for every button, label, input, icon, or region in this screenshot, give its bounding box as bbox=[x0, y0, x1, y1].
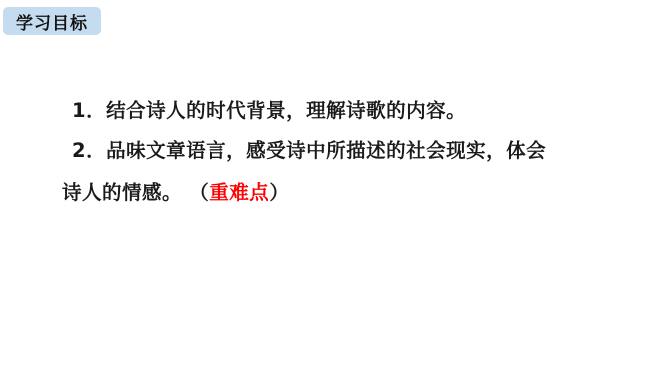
objective-2-continued: 诗人的情感。 （重难点） bbox=[62, 177, 289, 205]
closing-paren: ） bbox=[269, 181, 289, 204]
objective-2: 2．品味文章语言，感受诗中所描述的社会现实，体会 bbox=[72, 135, 546, 163]
section-label-text: 学习目标 bbox=[16, 9, 88, 34]
objective-1: 1．结合诗人的时代背景，理解诗歌的内容。 bbox=[72, 95, 466, 123]
key-difficulty-badge: 重难点 bbox=[209, 181, 269, 204]
section-label: 学习目标 bbox=[3, 7, 101, 35]
objective-2-tail: 诗人的情感。 （ bbox=[62, 181, 209, 204]
